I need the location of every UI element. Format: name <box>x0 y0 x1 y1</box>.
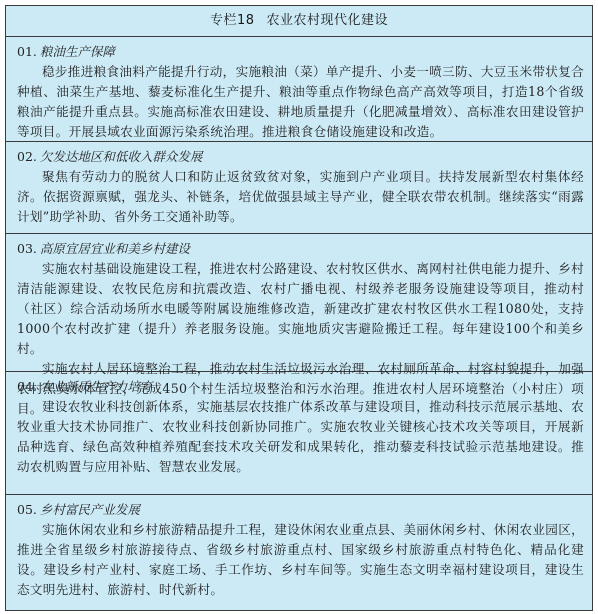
section-title-text: 粮油生产保障 <box>40 44 115 59</box>
section-title-text: 欠发达地区和低收入群众发展 <box>40 149 203 164</box>
section-underdeveloped-areas: 02.欠发达地区和低收入群众发展 聚焦有劳动力的脱贫人口和防止返贫致贫对象，实施… <box>6 142 592 234</box>
section-title-text: 高原宜居宜业和美乡村建设 <box>40 241 190 256</box>
section-title: 02.欠发达地区和低收入群众发展 <box>17 147 584 167</box>
section-title-text: 农业新质生产力培育 <box>40 379 153 394</box>
section-rural-industries: 05.乡村富民产业发展 实施休闲农业和乡村旅游精品提升工程，建设休闲农业重点县、… <box>6 495 592 611</box>
section-grain-oil: 01.粮油生产保障 稳步推进粮食油料产能提升行动，实施粮油（菜）单产提升、小麦一… <box>6 37 592 142</box>
box-header: 专栏18农业农村现代化建设 <box>6 6 592 37</box>
section-index: 02. <box>17 149 37 164</box>
section-paragraph: 建设农牧业科技创新体系，实施基层农技推广体系改革与建设项目，推动科技示范展示基地… <box>17 397 584 477</box>
box-label: 专栏18 <box>210 13 255 28</box>
section-title: 05.乡村富民产业发展 <box>17 500 584 520</box>
section-paragraph: 聚焦有劳动力的脱贫人口和防止返贫致贫对象，实施到户产业项目。扶持发展新型农村集体… <box>17 167 584 227</box>
section-index: 01. <box>17 44 37 59</box>
section-paragraph: 实施农村基础设施建设工程，推进农村公路建设、农村牧区供水、离网村社供电能力提升、… <box>17 259 584 359</box>
section-index: 04. <box>17 379 37 394</box>
section-index: 03. <box>17 241 37 256</box>
section-beautiful-villages: 03.高原宜居宜业和美乡村建设 实施农村基础设施建设工程，推进农村公路建设、农村… <box>6 234 592 372</box>
section-title: 03.高原宜居宜业和美乡村建设 <box>17 239 584 259</box>
section-title: 01.粮油生产保障 <box>17 42 584 62</box>
section-paragraph: 实施休闲农业和乡村旅游精品提升工程，建设休闲农业重点县、美丽休闲乡村、休闲农业园… <box>17 520 584 600</box>
section-index: 05. <box>17 502 37 517</box>
feature-box: 专栏18农业农村现代化建设 01.粮油生产保障 稳步推进粮食油料产能提升行动，实… <box>5 5 593 611</box>
box-title: 农业农村现代化建设 <box>267 13 389 28</box>
section-paragraph: 稳步推进粮食油料产能提升行动，实施粮油（菜）单产提升、小麦一喷三防、大豆玉米带状… <box>17 62 584 142</box>
section-title-text: 乡村富民产业发展 <box>40 502 140 517</box>
